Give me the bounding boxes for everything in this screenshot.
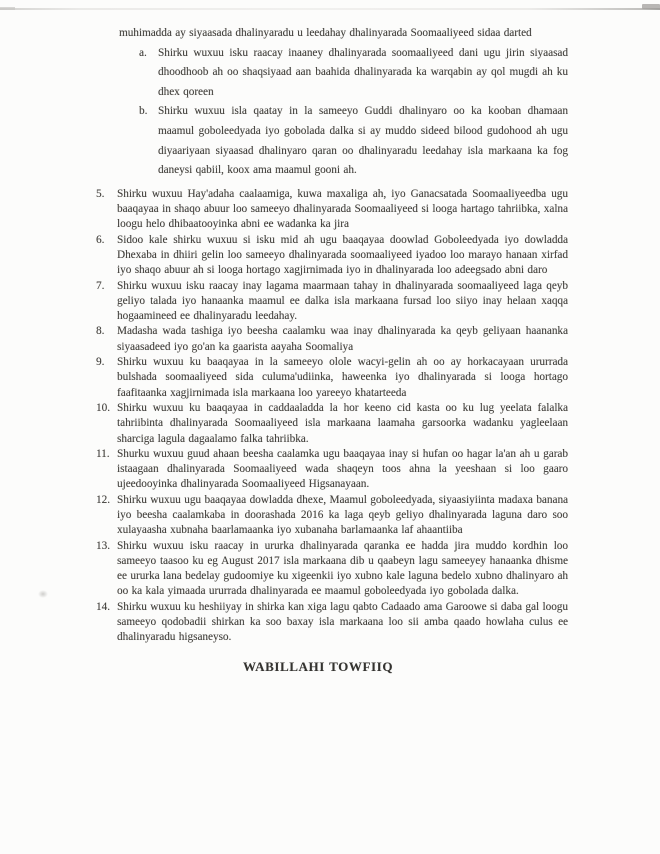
lettered-item-a: a. Shirku wuxuu isku raacay inaaney dhal…: [139, 44, 568, 103]
item-text: Shirku wuxuu ku baaqayaa in caddaaladda …: [117, 401, 568, 447]
item-marker: 5.: [96, 187, 117, 233]
item-text: Shirku wuxuu isla qaatay in la sameeyo G…: [158, 102, 568, 180]
item-text: Shirku wuxuu ugu baaqayaa dowladda dhexe…: [117, 493, 568, 539]
scanned-document-page: muhimadda ay siyaasada dhalinyaradu u le…: [0, 0, 660, 854]
item-text: Shirku wuxuu ku heshiiyay in shirka kan …: [117, 600, 568, 646]
scan-corner-artifact-right: [642, 4, 660, 9]
numbered-item-12: 12. Shirku wuxuu ugu baaqayaa dowladda d…: [96, 493, 568, 539]
item-marker: 7.: [96, 279, 117, 325]
item-marker: 11.: [96, 447, 117, 493]
closing-title: WABILLAHI TOWFIIQ: [82, 659, 554, 675]
numbered-item-6: 6. Sidoo kale shirku wuxuu si isku mid a…: [96, 233, 568, 279]
item-text: Sidoo kale shirku wuxuu si isku mid ah u…: [117, 233, 568, 279]
numbered-item-5: 5. Shirku wuxuu Hay'adaha caalaamiga, ku…: [96, 187, 568, 233]
lettered-list: a. Shirku wuxuu isku raacay inaaney dhal…: [139, 44, 568, 181]
numbered-list: 5. Shirku wuxuu Hay'adaha caalaamiga, ku…: [96, 187, 568, 646]
intro-paragraph: muhimadda ay siyaasada dhalinyaradu u le…: [119, 24, 568, 44]
item-marker: 9.: [96, 355, 117, 401]
item-text: Shirku wuxuu isku raacay in ururka dhali…: [117, 539, 568, 600]
item-text: Madasha wada tashiga iyo beesha caalamku…: [117, 324, 568, 355]
numbered-item-13: 13. Shirku wuxuu isku raacay in ururka d…: [96, 539, 568, 600]
item-text: Shurku wuxuu guud ahaan beesha caalamka …: [117, 447, 568, 493]
document-body: muhimadda ay siyaasada dhalinyaradu u le…: [96, 24, 568, 675]
item-marker: b.: [139, 102, 158, 180]
scan-smudge-artifact: [38, 590, 48, 598]
scan-corner-artifact-left: [0, 7, 15, 10]
numbered-item-14: 14. Shirku wuxuu ku heshiiyay in shirka …: [96, 600, 568, 646]
item-marker: 14.: [96, 600, 117, 646]
item-text: Shirku wuxuu isku raacay inay lagama maa…: [117, 279, 568, 325]
numbered-item-10: 10. Shirku wuxuu ku baaqayaa in caddaala…: [96, 401, 568, 447]
item-marker: 10.: [96, 401, 117, 447]
numbered-item-8: 8. Madasha wada tashiga iyo beesha caala…: [96, 324, 568, 355]
lettered-item-b: b. Shirku wuxuu isla qaatay in la sameey…: [139, 102, 568, 180]
item-marker: 8.: [96, 324, 117, 355]
scan-edge-artifact: [0, 8, 660, 10]
item-text: Shirku wuxuu Hay'adaha caalaamiga, kuwa …: [117, 187, 568, 233]
item-text: Shirku wuxuu isku raacay inaaney dhaliny…: [158, 44, 568, 103]
numbered-item-7: 7. Shirku wuxuu isku raacay inay lagama …: [96, 279, 568, 325]
item-marker: 12.: [96, 493, 117, 539]
item-text: Shirku wuxuu ku baaqayaa in la sameeyo o…: [117, 355, 568, 401]
item-marker: a.: [139, 44, 158, 103]
item-marker: 6.: [96, 233, 117, 279]
numbered-item-11: 11. Shurku wuxuu guud ahaan beesha caala…: [96, 447, 568, 493]
numbered-item-9: 9. Shirku wuxuu ku baaqayaa in la sameey…: [96, 355, 568, 401]
item-marker: 13.: [96, 539, 117, 600]
